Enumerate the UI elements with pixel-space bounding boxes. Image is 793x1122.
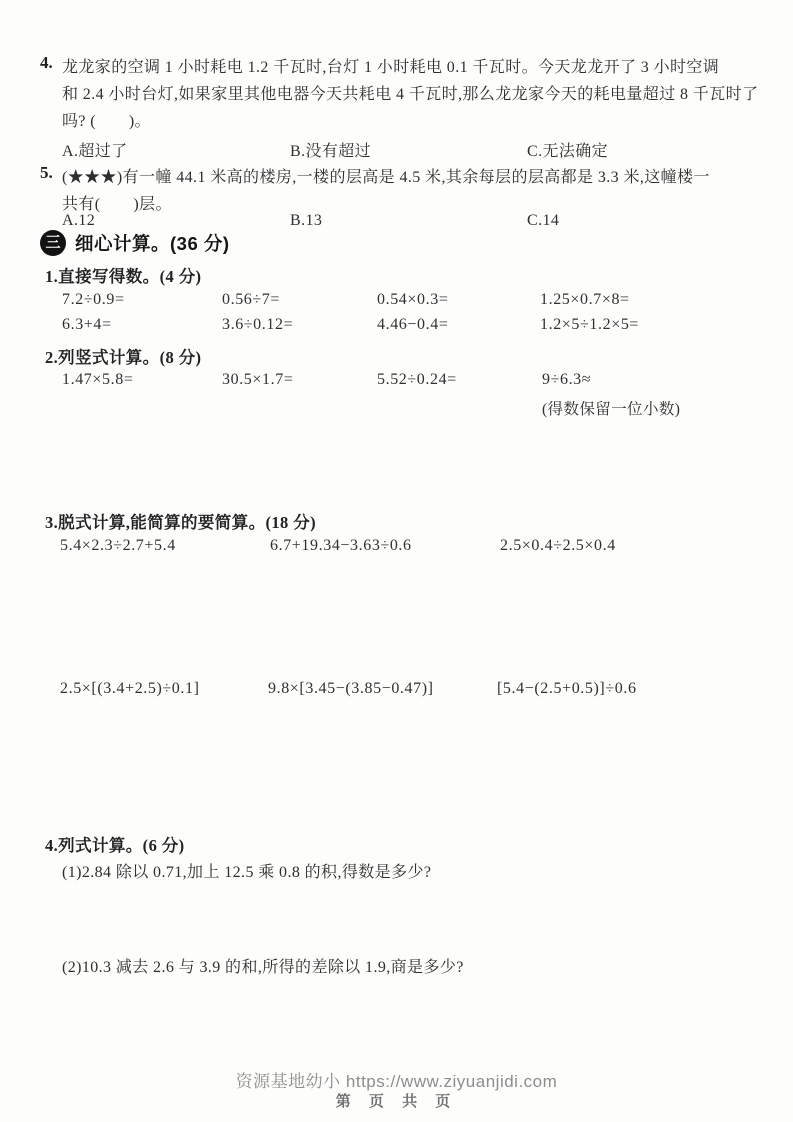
math-expression: 2.5×[(3.4+2.5)÷0.1] xyxy=(60,680,200,698)
math-expression: 6.3+4= xyxy=(62,316,112,334)
subsection-title: 3.脱式计算,能简算的要简算。(18 分) xyxy=(45,509,316,533)
option-c: C.14 xyxy=(527,212,559,230)
math-expression: 1.47×5.8= xyxy=(62,371,133,389)
question-line: 龙龙家的空调 1 小时耗电 1.2 千瓦时,台灯 1 小时耗电 0.1 千瓦时。… xyxy=(62,54,719,77)
question-line: 吗? ( )。 xyxy=(62,108,151,131)
math-expression: 0.54×0.3= xyxy=(377,291,448,309)
math-expression: 4.46−0.4= xyxy=(377,316,448,334)
section-three-icon: 三 xyxy=(40,230,66,256)
subsection-title: 2.列竖式计算。(8 分) xyxy=(45,344,201,368)
math-expression: 1.25×0.7×8= xyxy=(540,291,630,309)
option-a: A.超过了 xyxy=(62,138,128,161)
question-number: 4. xyxy=(40,53,53,73)
math-expression: 0.56÷7= xyxy=(222,291,280,309)
question-line: (★★★)有一幢 44.1 米高的楼房,一楼的层高是 4.5 米,其余每层的层高… xyxy=(62,164,710,187)
math-expression: 1.2×5÷1.2×5= xyxy=(540,316,639,334)
option-b: B.13 xyxy=(290,212,322,230)
math-expression: 2.5×0.4÷2.5×0.4 xyxy=(500,537,616,555)
option-a: A.12 xyxy=(62,212,95,230)
rounding-note: (得数保留一位小数) xyxy=(542,397,680,419)
footer-site-url: 资源基地幼小 https://www.ziyuanjidi.com xyxy=(0,1067,793,1092)
question-number: 5. xyxy=(40,163,53,183)
question-line: 和 2.4 小时台灯,如果家里其他电器今天共耗电 4 千瓦时,那么龙龙家今天的耗… xyxy=(62,81,758,104)
math-expression: 5.4×2.3÷2.7+5.4 xyxy=(60,537,176,555)
math-expression: 9÷6.3≈ xyxy=(542,371,591,389)
math-expression: 5.52÷0.24= xyxy=(377,371,457,389)
section-header-calculation: 三 细心计算。(36 分) xyxy=(40,230,230,256)
option-b: B.没有超过 xyxy=(290,138,371,161)
math-expression: 9.8×[3.45−(3.85−0.47)] xyxy=(268,680,434,698)
math-expression: 30.5×1.7= xyxy=(222,371,293,389)
math-expression: 7.2÷0.9= xyxy=(62,291,125,309)
option-c: C.无法确定 xyxy=(527,138,608,161)
subsection-title: 4.列式计算。(6 分) xyxy=(45,832,185,856)
worksheet-page: 4. 龙龙家的空调 1 小时耗电 1.2 千瓦时,台灯 1 小时耗电 0.1 千… xyxy=(0,0,793,1122)
subsection-title: 1.直接写得数。(4 分) xyxy=(45,263,201,287)
question-4: 4. 龙龙家的空调 1 小时耗电 1.2 千瓦时,台灯 1 小时耗电 0.1 千… xyxy=(0,0,793,160)
footer-page-number: 第 页 共 页 xyxy=(0,1090,793,1111)
word-problem-1: (1)2.84 除以 0.71,加上 12.5 乘 0.8 的积,得数是多少? xyxy=(62,859,431,882)
math-expression: 6.7+19.34−3.63÷0.6 xyxy=(270,537,412,555)
math-expression: 3.6÷0.12= xyxy=(222,316,293,334)
math-expression: [5.4−(2.5+0.5)]÷0.6 xyxy=(497,680,637,698)
word-problem-2: (2)10.3 减去 2.6 与 3.9 的和,所得的差除以 1.9,商是多少? xyxy=(62,954,464,977)
section-title: 细心计算。(36 分) xyxy=(75,230,230,256)
question-line: 共有( )层。 xyxy=(62,191,172,214)
